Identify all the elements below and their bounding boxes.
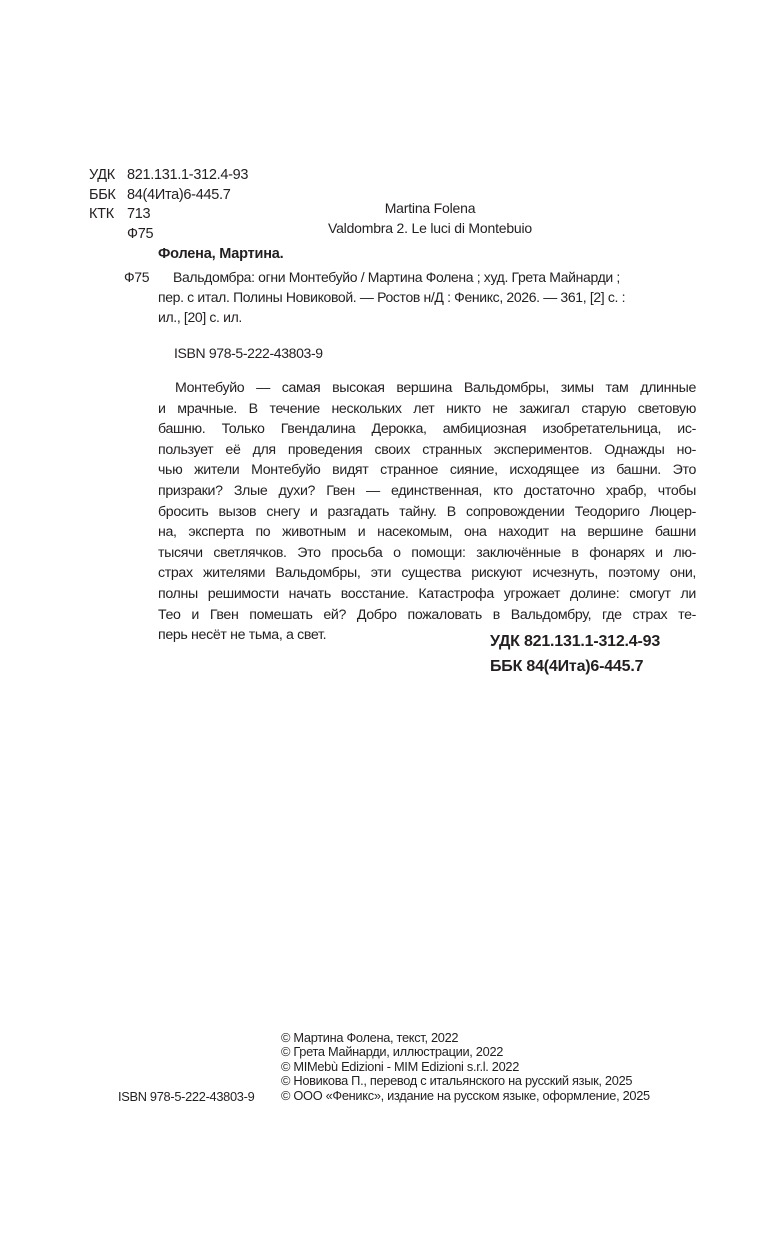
copyright-block: © Мартина Фолена, текст, 2022 © Грета Ма… [281, 1031, 650, 1103]
codes-block: УДК 821.131.1-312.4-93 ББК 84(4Ита)6-445… [490, 629, 660, 679]
copyright-line: © Новикова П., перевод с итальянского на… [281, 1074, 650, 1088]
udk-value: 821.131.1-312.4-93 [127, 167, 248, 183]
bbk-value: 84(4Ита)6-445.7 [127, 187, 231, 203]
entry-line-2: пер. с итал. Полины Новиковой. — Ростов … [158, 287, 625, 307]
bbk-label: ББК [89, 186, 127, 206]
classification-block: УДК821.131.1-312.4-93 ББК84(4Ита)6-445.7… [89, 166, 248, 244]
copyright-line: © Грета Майнарди, иллюстрации, 2022 [281, 1045, 650, 1059]
ktk-label: КТК [89, 205, 127, 225]
ktk-value: 713 [127, 206, 150, 222]
footer-isbn: ISBN 978-5-222-43803-9 [118, 1089, 254, 1104]
udk-label: УДК [89, 166, 127, 186]
copyright-line: © ООО «Феникс», издание на русском языке… [281, 1089, 650, 1103]
original-author: Martina Folena [300, 199, 560, 219]
annotation-line: башню. Только Гвендалина Дерокка, амбици… [158, 419, 696, 440]
annotation-line: страх жителями Вальдомбры, эти существа … [158, 563, 696, 584]
annotation-line: пользует её для проведения своих странны… [158, 440, 696, 461]
entry-code: Ф75 [124, 267, 149, 287]
author-mark-row: Ф75 [89, 225, 248, 245]
copyright-line: © MIMebù Edizioni - MIM Edizioni s.r.l. … [281, 1060, 650, 1074]
ktk-row: КТК713 [89, 205, 248, 225]
annotation-line: полны решимости начать восстание. Катаст… [158, 584, 696, 605]
annotation-line: чью жители Монтебуйо видят странное сиян… [158, 460, 696, 481]
bbk-row: ББК84(4Ита)6-445.7 [89, 186, 248, 206]
entry-isbn: ISBN 978-5-222-43803-9 [174, 343, 323, 363]
entry-line-1: Вальдомбра: огни Монтебуйо / Мартина Фол… [158, 267, 625, 287]
entry-description: Вальдомбра: огни Монтебуйо / Мартина Фол… [158, 267, 625, 327]
entry-line-3: ил., [20] с. ил. [158, 307, 625, 327]
udk-row: УДК821.131.1-312.4-93 [89, 166, 248, 186]
annotation-line: Тео и Гвен помешать ей? Добро пожаловать… [158, 605, 696, 626]
annotation-line: призраки? Злые духи? Гвен — единственная… [158, 481, 696, 502]
annotation-line: и мрачные. В течение нескольких лет никт… [158, 399, 696, 420]
udk-code: УДК 821.131.1-312.4-93 [490, 629, 660, 654]
original-title: Valdombra 2. Le luci di Montebuio [300, 219, 560, 239]
annotation-line: Монтебуйо — самая высокая вершина Вальдо… [158, 378, 696, 399]
entry-heading: Фолена, Мартина. [158, 246, 284, 262]
copyright-line: © Мартина Фолена, текст, 2022 [281, 1031, 650, 1045]
annotation-line: на, эксперта по животным и насекомым, он… [158, 522, 696, 543]
original-title-block: Martina Folena Valdombra 2. Le luci di M… [300, 199, 560, 238]
bbk-code: ББК 84(4Ита)6-445.7 [490, 654, 660, 679]
annotation-line: бросить вызов снегу и разгадать тайну. В… [158, 502, 696, 523]
annotation: Монтебуйо — самая высокая вершина Вальдо… [158, 378, 696, 646]
annotation-line: тысячи светлячков. Это просьба о помощи:… [158, 543, 696, 564]
author-mark-value: Ф75 [127, 226, 153, 242]
